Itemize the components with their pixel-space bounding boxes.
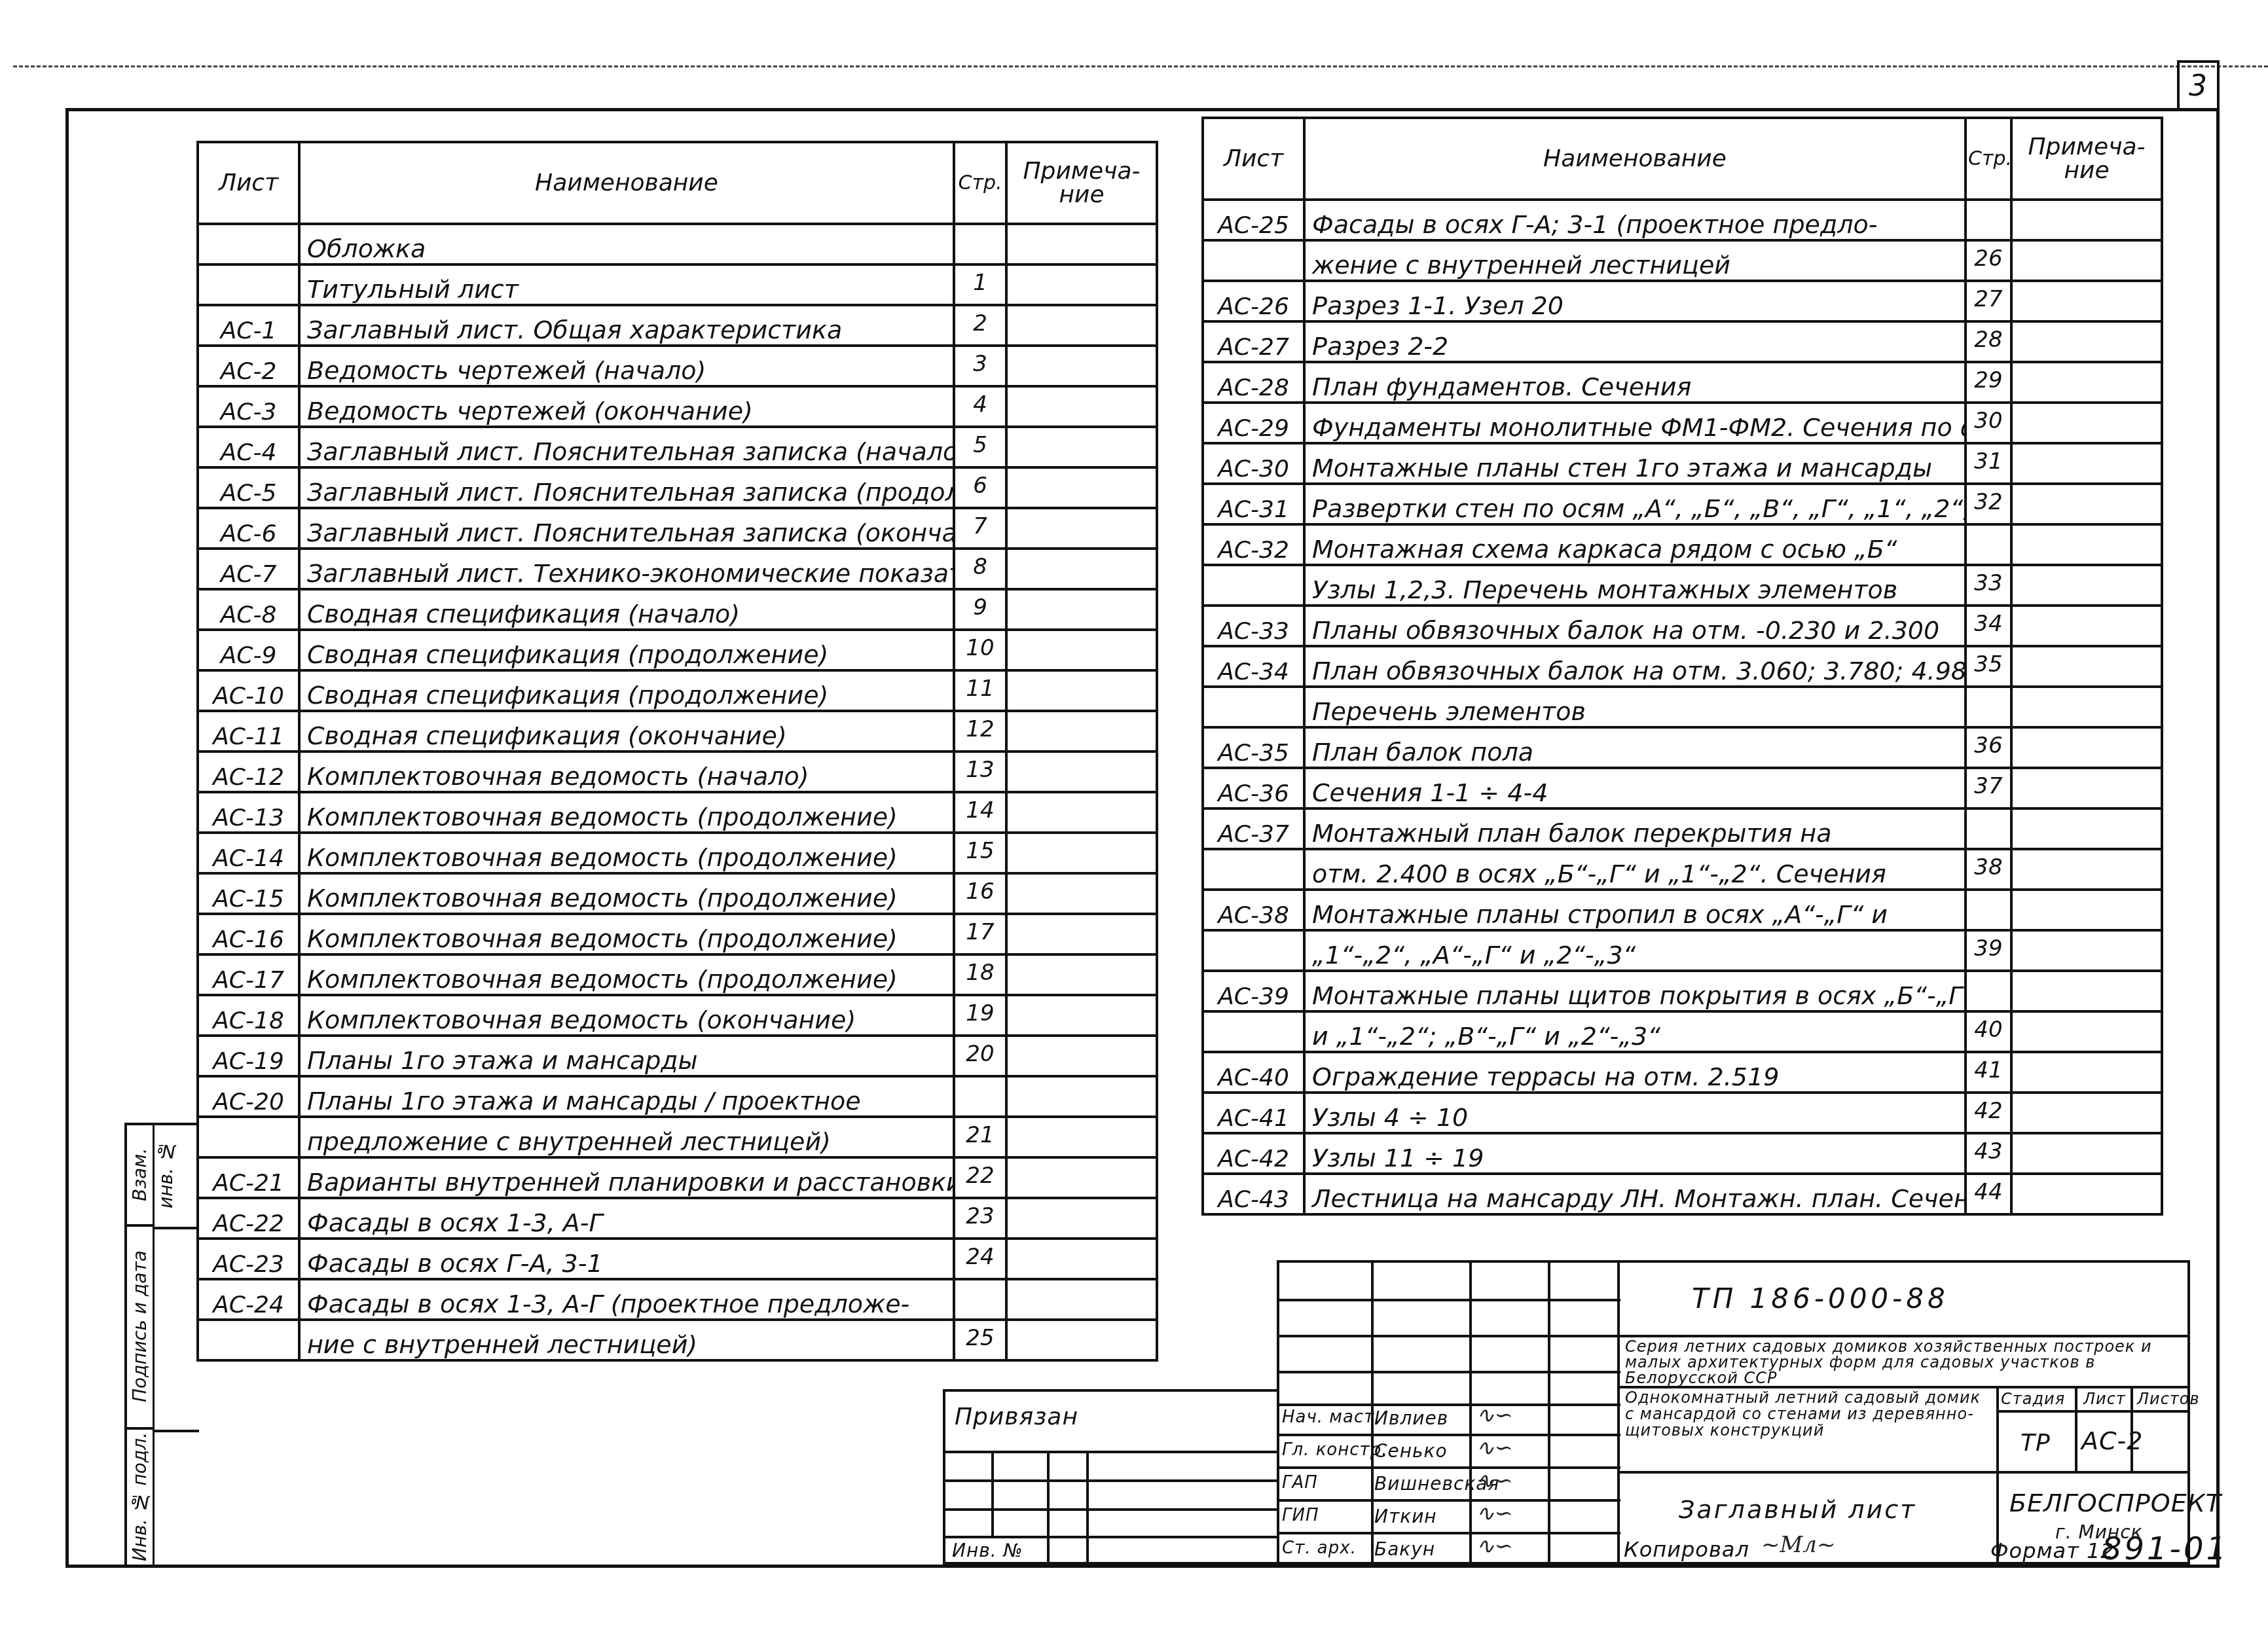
table-row: АС-1Заглавный лист. Общая характеристика…	[198, 305, 1157, 346]
note	[1006, 346, 1157, 386]
note	[2011, 768, 2162, 808]
sheet-name: Сводная спецификация (продолжение)	[299, 630, 954, 670]
side-stamp-label: Инв. № подл.	[127, 1430, 155, 1564]
note	[2011, 1052, 2162, 1093]
table-row: АС-35План балок пола36	[1203, 727, 2162, 768]
note	[1006, 752, 1157, 792]
sheet-name: Перечень элементов	[1304, 687, 1966, 727]
note	[1006, 954, 1157, 995]
sheet-name: Сводная спецификация (продолжение)	[299, 670, 954, 711]
sheet-name: Заглавный лист. Пояснительная записка (п…	[299, 467, 954, 508]
sheet-code: АС-6	[198, 508, 299, 549]
table-row: АС-5Заглавный лист. Пояснительная записк…	[198, 467, 1157, 508]
table-row: АС-28План фундаментов. Сечения29	[1203, 362, 2162, 403]
note	[1006, 995, 1157, 1036]
sheet-code: АС-8	[198, 589, 299, 630]
page-number: 25	[954, 1320, 1006, 1360]
sheet-code: АС-25	[1203, 200, 1304, 240]
note	[1006, 1117, 1157, 1157]
table-row: АС-41Узлы 4 ÷ 1042	[1203, 1093, 2162, 1133]
table-row: АС-2Ведомость чертежей (начало)3	[198, 346, 1157, 386]
table-row: АС-17Комплектовочная ведомость (продолже…	[198, 954, 1157, 995]
table-row: АС-13Комплектовочная ведомость (продолже…	[198, 792, 1157, 833]
sheet-code: АС-2	[198, 346, 299, 386]
sheet-name: План обвязочных балок на отм. 3.060; 3.7…	[1304, 646, 1966, 687]
table-row: АС-32Монтажная схема каркаса рядом с ось…	[1203, 524, 2162, 565]
page-number: 4	[954, 386, 1006, 427]
page-number: 29	[1966, 362, 2011, 403]
signature-role: Ст. арх.	[1282, 1538, 1357, 1558]
page-number: 13	[954, 752, 1006, 792]
note	[2011, 484, 2162, 524]
signature-role: ГАП	[1282, 1473, 1318, 1493]
table-row: АС-21Варианты внутренней планировки и ра…	[198, 1157, 1157, 1198]
page-number: 23	[954, 1198, 1006, 1239]
table-row: жение с внутренней лестницей26	[1203, 240, 2162, 281]
side-stamp-row: Инв. № подл.	[127, 1430, 155, 1567]
sheet-name: Фасады в осях Г-А, 3-1	[299, 1239, 954, 1279]
copied-by-signature: ~Мл~	[1761, 1532, 1835, 1558]
sheet-code: АС-20	[198, 1076, 299, 1117]
note	[1006, 427, 1157, 467]
page-number: 17	[954, 914, 1006, 954]
sheet-name: Фасады в осях Г-А; 3-1 (проектное предло…	[1304, 200, 1966, 240]
table-row: АС-6Заглавный лист. Пояснительная записк…	[198, 508, 1157, 549]
table-row: АС-12Комплектовочная ведомость (начало)1…	[198, 752, 1157, 792]
sheet-name: Ограждение террасы на отм. 2.519	[1304, 1052, 1966, 1093]
signature-name: Бакун	[1374, 1538, 1435, 1560]
page-number: 11	[954, 670, 1006, 711]
page-number: 42	[1966, 1093, 2011, 1133]
table-row: АС-38Монтажные планы стропил в осях „А“-…	[1203, 890, 2162, 930]
signature-name: Сенько	[1374, 1440, 1448, 1462]
table-row: АС-10Сводная спецификация (продолжение)1…	[198, 670, 1157, 711]
sheet-name: Ведомость чертежей (окончание)	[299, 386, 954, 427]
sheet-code: АС-37	[1203, 808, 1304, 849]
page-number: 19	[954, 995, 1006, 1036]
page-number: 10	[954, 630, 1006, 670]
note	[2011, 808, 2162, 849]
page-number: 7	[954, 508, 1006, 549]
sheet-code: АС-13	[198, 792, 299, 833]
page-number: 20	[954, 1036, 1006, 1076]
sheet-title: Заглавный лист	[1679, 1495, 1916, 1524]
signature-mark: ∿∽	[1476, 1500, 1513, 1527]
signature-role: ГИП	[1282, 1506, 1319, 1525]
sheet-name: Планы 1го этажа и мансарды	[299, 1036, 954, 1076]
table-row: АС-30Монтажные планы стен 1го этажа и ма…	[1203, 443, 2162, 484]
table-row: отм. 2.400 в осях „Б“-„Г“ и „1“-„2“. Сеч…	[1203, 849, 2162, 890]
sheet-code: АС-29	[1203, 403, 1304, 443]
note	[1006, 589, 1157, 630]
page-number	[1966, 890, 2011, 930]
page-number	[954, 1076, 1006, 1117]
signature-mark: ∿∽	[1476, 1435, 1513, 1461]
sheet-code	[198, 1117, 299, 1157]
page-number: 18	[954, 954, 1006, 995]
table-row: Обложка	[198, 224, 1157, 264]
sheet-code	[1203, 240, 1304, 281]
page-number: 43	[1966, 1133, 2011, 1174]
note	[2011, 849, 2162, 890]
sheet-name: предложение с внутренней лестницей)	[299, 1117, 954, 1157]
divider	[155, 1430, 199, 1432]
sheet-code	[198, 224, 299, 264]
copied-by-label: Копировал	[1624, 1537, 1749, 1562]
sheet-code: АС-5	[198, 467, 299, 508]
sheet-name: Комплектовочная ведомость (продолжение)	[299, 954, 954, 995]
sheet-name: Сводная спецификация (начало)	[299, 589, 954, 630]
signature-mark: ∿∽	[1476, 1402, 1513, 1428]
page-number: 26	[1966, 240, 2011, 281]
divider	[155, 1227, 199, 1229]
sheet-name: Обложка	[299, 224, 954, 264]
table-header-row: Лист Наименование Стр. Примеча- ние	[198, 142, 1157, 224]
page-number: 39	[1966, 930, 2011, 971]
sheet-name: Монтажный план балок перекрытия на	[1304, 808, 1966, 849]
table-row: АС-23Фасады в осях Г-А, 3-124	[198, 1239, 1157, 1279]
page-number: 41	[1966, 1052, 2011, 1093]
sheet-name: План балок пола	[1304, 727, 1966, 768]
note	[2011, 200, 2162, 240]
side-stamp-row: Взам. инв. №	[127, 1125, 155, 1227]
note	[2011, 890, 2162, 930]
sheet-code: АС-33	[1203, 606, 1304, 646]
note	[1006, 386, 1157, 427]
sheet-name: Монтажные планы щитов покрытия в осях „Б…	[1304, 971, 1966, 1011]
sheet-code: АС-9	[198, 630, 299, 670]
page-number: 30	[1966, 403, 2011, 443]
sheet-code: АС-21	[198, 1157, 299, 1198]
table-row: АС-16Комплектовочная ведомость (продолже…	[198, 914, 1157, 954]
page-number	[954, 224, 1006, 264]
page-number: 31	[1966, 443, 2011, 484]
side-stamp-label: Подпись и дата	[127, 1227, 155, 1426]
sheet-name: Лестница на мансарду ЛН. Монтажн. план. …	[1304, 1174, 1966, 1214]
page-number	[1966, 808, 2011, 849]
note	[2011, 524, 2162, 565]
table-row: Узлы 1,2,3. Перечень монтажных элементов…	[1203, 565, 2162, 606]
note	[1006, 264, 1157, 305]
side-stamp: Взам. инв. № Подпись и дата Инв. № подл.	[124, 1123, 196, 1568]
sheet-code	[198, 1320, 299, 1360]
sheet-code	[198, 264, 299, 305]
sheet-code: АС-40	[1203, 1052, 1304, 1093]
sheet-code: АС-41	[1203, 1093, 1304, 1133]
note	[1006, 1320, 1157, 1360]
sheet-name: отм. 2.400 в осях „Б“-„Г“ и „1“-„2“. Сеч…	[1304, 849, 1966, 890]
table-row: Перечень элементов	[1203, 687, 2162, 727]
stage-label: Стадия	[2001, 1390, 2065, 1408]
sheet-name: Титульный лист	[299, 264, 954, 305]
sheet-code: АС-27	[1203, 321, 1304, 362]
sheet-name: Развертки стен по осям „А“, „Б“, „В“, „Г…	[1304, 484, 1966, 524]
note	[2011, 443, 2162, 484]
page-number: 28	[1966, 321, 2011, 362]
note	[1006, 1036, 1157, 1076]
col-header-sheet: Лист	[1203, 118, 1304, 200]
note	[2011, 646, 2162, 687]
sheet-name: Фундаменты монолитные ФМ1-ФМ2. Сечения п…	[1304, 403, 1966, 443]
note	[1006, 305, 1157, 346]
page-number: 2	[954, 305, 1006, 346]
page-number: 15	[954, 833, 1006, 873]
sheet-code: АС-3	[198, 386, 299, 427]
page-number: 38	[1966, 849, 2011, 890]
sheet-name: жение с внутренней лестницей	[1304, 240, 1966, 281]
page-number: 40	[1966, 1011, 2011, 1052]
page-number: 35	[1966, 646, 2011, 687]
sheet-name: „1“-„2“, „А“-„Г“ и „2“-„3“	[1304, 930, 1966, 971]
binding-title: Привязан	[955, 1404, 1078, 1430]
page-number: 32	[1966, 484, 2011, 524]
sheet-name: Комплектовочная ведомость (начало)	[299, 752, 954, 792]
sheet-code: АС-18	[198, 995, 299, 1036]
table-row: АС-26Разрез 1-1. Узел 2027	[1203, 281, 2162, 321]
page-number: 44	[1966, 1174, 2011, 1214]
note	[1006, 1157, 1157, 1198]
page-number: 12	[954, 711, 1006, 752]
sheet-code: АС-14	[198, 833, 299, 873]
signature-mark: ∿∽	[1476, 1468, 1513, 1494]
sheet-name: Заглавный лист. Пояснительная записка (о…	[299, 508, 954, 549]
col-header-page: Стр.	[954, 142, 1006, 224]
note	[2011, 687, 2162, 727]
sheet-code: АС-39	[1203, 971, 1304, 1011]
stage-value: ТР	[2021, 1430, 2051, 1457]
sheet-code: АС-30	[1203, 443, 1304, 484]
sheet-name: Фасады в осях 1-3, А-Г (проектное предло…	[299, 1279, 954, 1320]
page-number: 6	[954, 467, 1006, 508]
note	[2011, 1133, 2162, 1174]
inventory-number-label: Инв. №	[952, 1540, 1023, 1561]
note	[1006, 873, 1157, 914]
sheet-code: АС-10	[198, 670, 299, 711]
sheet-name: Фасады в осях 1-3, А-Г	[299, 1198, 954, 1239]
trim-line	[13, 65, 2268, 67]
table-row: ние с внутренней лестницей)25	[198, 1320, 1157, 1360]
signature-mark: ∿∽	[1476, 1533, 1513, 1559]
table-row: АС-9Сводная спецификация (продолжение)10	[198, 630, 1157, 670]
note	[1006, 914, 1157, 954]
sheet-code: АС-12	[198, 752, 299, 792]
page-number: 5	[954, 427, 1006, 467]
table-row: АС-40Ограждение террасы на отм. 2.51941	[1203, 1052, 2162, 1093]
page-number: 37	[1966, 768, 2011, 808]
note	[1006, 792, 1157, 833]
series-title: Серия летних садовых домиков хозяйственн…	[1625, 1339, 2182, 1386]
table-row: и „1“-„2“; „В“-„Г“ и „2“-„3“40	[1203, 1011, 2162, 1052]
table-row: АС-36Сечения 1-1 ÷ 4-437	[1203, 768, 2162, 808]
note	[2011, 606, 2162, 646]
table-row: АС-31Развертки стен по осям „А“, „Б“, „В…	[1203, 484, 2162, 524]
sheet-code	[1203, 930, 1304, 971]
sheet-code: АС-7	[198, 549, 299, 589]
sheet-label: Лист	[2083, 1390, 2126, 1408]
note	[2011, 362, 2162, 403]
sheet-name: Сводная спецификация (окончание)	[299, 711, 954, 752]
table-row: АС-18Комплектовочная ведомость (окончани…	[198, 995, 1157, 1036]
table-row: АС-33Планы обвязочных балок на отм. -0.2…	[1203, 606, 2162, 646]
table-row: АС-42Узлы 11 ÷ 1943	[1203, 1133, 2162, 1174]
sheet-number-box: 3	[2177, 60, 2220, 111]
page-number	[1966, 524, 2011, 565]
drawings-list-table-left: Лист Наименование Стр. Примеча- ние Обло…	[196, 141, 1158, 1362]
sheet-code	[1203, 687, 1304, 727]
table-row: АС-37Монтажный план балок перекрытия на	[1203, 808, 2162, 849]
page-number: 34	[1966, 606, 2011, 646]
page-number: 36	[1966, 727, 2011, 768]
page-number: 22	[954, 1157, 1006, 1198]
sheet-name: Заглавный лист. Общая характеристика	[299, 305, 954, 346]
sheet-code: АС-31	[1203, 484, 1304, 524]
sheet-name: ние с внутренней лестницей)	[299, 1320, 954, 1360]
sheet-name: Заглавный лист. Пояснительная записка (н…	[299, 427, 954, 467]
sheet-name: Разрез 2-2	[1304, 321, 1966, 362]
table-row: Титульный лист1	[198, 264, 1157, 305]
sheet-name: и „1“-„2“; „В“-„Г“ и „2“-„3“	[1304, 1011, 1966, 1052]
sheet-name: Комплектовочная ведомость (продолжение)	[299, 873, 954, 914]
table-row: АС-19Планы 1го этажа и мансарды20	[198, 1036, 1157, 1076]
sheet-name: Заглавный лист. Технико-экономические по…	[299, 549, 954, 589]
col-header-name: Наименование	[299, 142, 954, 224]
sheet-code: АС-24	[198, 1279, 299, 1320]
sheet-code	[1203, 849, 1304, 890]
note	[2011, 971, 2162, 1011]
page-number: 14	[954, 792, 1006, 833]
note	[1006, 1198, 1157, 1239]
sheet-code: АС-42	[1203, 1133, 1304, 1174]
sheet-code: АС-35	[1203, 727, 1304, 768]
table-row: АС-4Заглавный лист. Пояснительная записк…	[198, 427, 1157, 467]
side-stamp-row: Подпись и дата	[127, 1227, 155, 1430]
col-header-name: Наименование	[1304, 118, 1966, 200]
signature-name: Ивлиев	[1374, 1407, 1448, 1429]
note	[2011, 281, 2162, 321]
document-number: 891-01	[2102, 1531, 2229, 1567]
page-number: 8	[954, 549, 1006, 589]
sheet-code: АС-34	[1203, 646, 1304, 687]
note	[1006, 711, 1157, 752]
format-label: Формат 12	[1990, 1538, 2115, 1563]
page-number: 9	[954, 589, 1006, 630]
note	[1006, 1279, 1157, 1320]
sheet-code: АС-15	[198, 873, 299, 914]
sheet-code: АС-22	[198, 1198, 299, 1239]
table-row: предложение с внутренней лестницей)21	[198, 1117, 1157, 1157]
page-number: 1	[954, 264, 1006, 305]
note	[1006, 467, 1157, 508]
note	[2011, 240, 2162, 281]
note	[2011, 321, 2162, 362]
note	[1006, 630, 1157, 670]
note	[1006, 1239, 1157, 1279]
table-row: АС-14Комплектовочная ведомость (продолже…	[198, 833, 1157, 873]
note	[1006, 508, 1157, 549]
note	[1006, 224, 1157, 264]
page-number: 3	[954, 346, 1006, 386]
sheet-name: Комплектовочная ведомость (продолжение)	[299, 792, 954, 833]
sheet-code: АС-23	[198, 1239, 299, 1279]
sheet-name: Узлы 4 ÷ 10	[1304, 1093, 1966, 1133]
table-row: АС-20Планы 1го этажа и мансарды / проект…	[198, 1076, 1157, 1117]
sheet-name: Сечения 1-1 ÷ 4-4	[1304, 768, 1966, 808]
col-header-note: Примеча- ние	[2011, 118, 2162, 200]
sheets-label: Листов	[2137, 1390, 2200, 1408]
sheet-code: АС-19	[198, 1036, 299, 1076]
sheet-code: АС-28	[1203, 362, 1304, 403]
sheet-code: АС-36	[1203, 768, 1304, 808]
sheet-name: Монтажные планы стропил в осях „А“-„Г“ и	[1304, 890, 1966, 930]
table-row: АС-24Фасады в осях 1-3, А-Г (проектное п…	[198, 1279, 1157, 1320]
sheet-name: Узлы 11 ÷ 19	[1304, 1133, 1966, 1174]
side-stamp-label: Взам. инв. №	[127, 1125, 155, 1223]
signatures-block: Нач. маст.Ивлиев∿∽Гл. констр.Сенько∿∽ГАП…	[1277, 1260, 1620, 1565]
note	[1006, 670, 1157, 711]
table-row: АС-29Фундаменты монолитные ФМ1-ФМ2. Сече…	[1203, 403, 2162, 443]
table-row: „1“-„2“, „А“-„Г“ и „2“-„3“39	[1203, 930, 2162, 971]
table-row: АС-3Ведомость чертежей (окончание)4	[198, 386, 1157, 427]
page-number: 33	[1966, 565, 2011, 606]
table-row: АС-39Монтажные планы щитов покрытия в ос…	[1203, 971, 2162, 1011]
table-header-row: Лист Наименование Стр. Примеча- ние	[1203, 118, 2162, 200]
note	[2011, 403, 2162, 443]
page-number	[1966, 200, 2011, 240]
sheet-name: Планы обвязочных балок на отм. -0.230 и …	[1304, 606, 1966, 646]
title-block: ТП 186-000-88 Серия летних садовых домик…	[1617, 1260, 2190, 1565]
table-row: АС-8Сводная спецификация (начало)9	[198, 589, 1157, 630]
sheet-name: Комплектовочная ведомость (продолжение)	[299, 833, 954, 873]
sheet-code: АС-26	[1203, 281, 1304, 321]
table-row: АС-22Фасады в осях 1-3, А-Г23	[198, 1198, 1157, 1239]
sheet-code: АС-4	[198, 427, 299, 467]
page-number: 16	[954, 873, 1006, 914]
page-number	[1966, 971, 2011, 1011]
col-header-sheet: Лист	[198, 142, 299, 224]
note	[2011, 1174, 2162, 1214]
sheet-code: АС-17	[198, 954, 299, 995]
page-number	[954, 1279, 1006, 1320]
col-header-note: Примеча- ние	[1006, 142, 1157, 224]
table-row: АС-43Лестница на мансарду ЛН. Монтажн. п…	[1203, 1174, 2162, 1214]
table-row: АС-11Сводная спецификация (окончание)12	[198, 711, 1157, 752]
note	[2011, 930, 2162, 971]
note	[2011, 1093, 2162, 1133]
sheet-code: АС-16	[198, 914, 299, 954]
sheet-name: Монтажные планы стен 1го этажа и мансард…	[1304, 443, 1966, 484]
sheet-number: 3	[2189, 69, 2208, 103]
binding-block: Привязан Инв. №	[943, 1389, 1277, 1565]
binding-grid: Инв. №	[945, 1451, 1279, 1567]
sheet-name: Планы 1го этажа и мансарды / проектное	[299, 1076, 954, 1117]
organization-name: БЕЛГОСПРОЕКТ	[2009, 1489, 2222, 1517]
sheet-code: АС-11	[198, 711, 299, 752]
table-row: АС-15Комплектовочная ведомость (продолже…	[198, 873, 1157, 914]
sheet-name: Узлы 1,2,3. Перечень монтажных элементов	[1304, 565, 1966, 606]
note	[1006, 1076, 1157, 1117]
sheet-value: АС-2	[2081, 1426, 2143, 1455]
page-number: 27	[1966, 281, 2011, 321]
table-row: АС-27Разрез 2-228	[1203, 321, 2162, 362]
signature-name: Иткин	[1374, 1506, 1437, 1527]
col-header-page: Стр.	[1966, 118, 2011, 200]
note	[2011, 727, 2162, 768]
sheet-code: АС-38	[1203, 890, 1304, 930]
page-number: 21	[954, 1117, 1006, 1157]
signature-role: Нач. маст.	[1282, 1407, 1381, 1427]
table-row: АС-34План обвязочных балок на отм. 3.060…	[1203, 646, 2162, 687]
project-code: ТП 186-000-88	[1692, 1282, 1949, 1314]
